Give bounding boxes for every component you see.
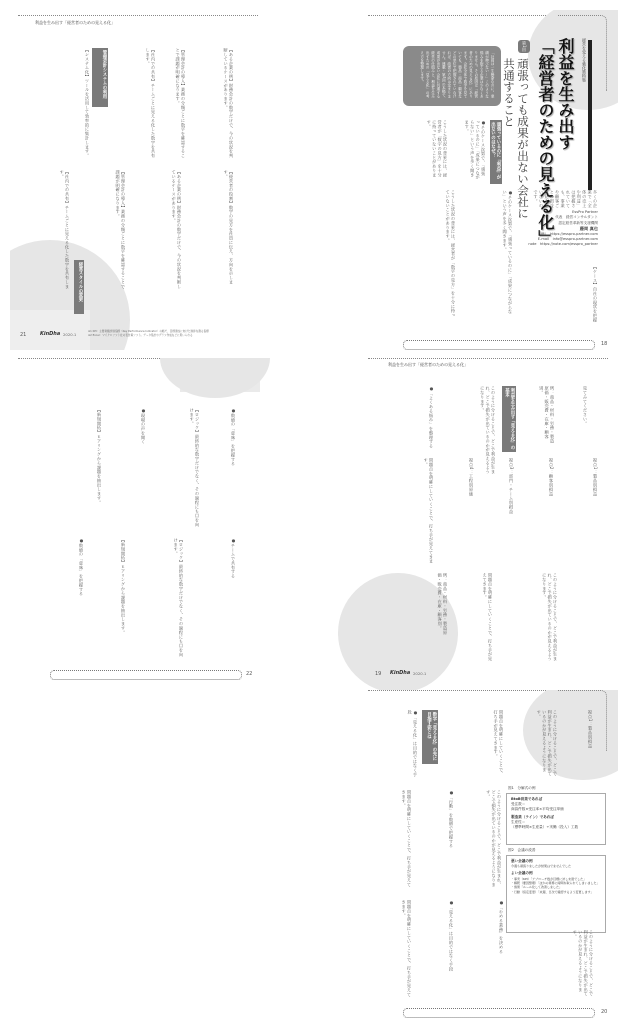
body-column: 問題点を明確にしていくことで、打ち手が見えてきます。 bbox=[458, 710, 504, 780]
body-column: 見てみてください。 bbox=[558, 386, 588, 446]
body-column: 【ある企業の例】財務会計の数字だけで、今の状況を判断しているケースがあります。 bbox=[190, 48, 234, 158]
section-heading: 管理会計システムの利用 bbox=[92, 48, 108, 107]
body-column: 多くの企業で「全体の売上や利益」は把握されていても、事業や顧客ごとの損益は見えて… bbox=[518, 190, 598, 208]
bad-meeting-text: 今週も頑張りましたが結果はでませんでした bbox=[511, 864, 601, 869]
page-number: 21 bbox=[20, 332, 26, 338]
page-number: 18 bbox=[601, 341, 607, 347]
body-column: ●「見える化」は目的ではなく手段 bbox=[396, 710, 418, 780]
body-column: 視点4：工程別原価 bbox=[438, 458, 474, 568]
top-rule bbox=[368, 358, 608, 359]
running-head: 利益を生み出す「経営者のための見える化」 bbox=[35, 20, 115, 26]
body-column: 【ロジック】最終的な数字だけでなく、その過程にも目を向けます。 bbox=[150, 408, 200, 528]
footnote: ※2 Excel：マイクロソフト社の表計算ソフト。データ集計やグラフ作成などに用… bbox=[88, 334, 193, 337]
good-meeting-item: ・行動（設定変更）「来週、日次で確認するよう変更します」 bbox=[511, 890, 601, 894]
body-column: 【管理会計の導入】業務の分類ごとに数字を確認することで課題が明確になります。 bbox=[90, 170, 126, 290]
body-column: 問題点を明確にしていくことで、打ち手が見えてきます。 bbox=[453, 573, 493, 663]
footnote: ※1 KPI：主要業績評価指標（Key Performance Indicato… bbox=[88, 330, 209, 333]
body-column: 視点1：製品別損益 bbox=[563, 710, 593, 760]
body-column: 【ロジック】最終的な数字だけでなく、その過程にも目を向けます。 bbox=[130, 538, 184, 658]
body-column: 【社内での共有】チームごとに見える化した数字を共有します。 bbox=[46, 170, 70, 290]
body-column: ●「見える化」は目的ではなく手段 bbox=[414, 900, 454, 1000]
chapter-badge: 第1回 bbox=[518, 40, 530, 53]
body-column: 問題点を明確にしていくことで、打ち手が見えてきます。 bbox=[398, 458, 434, 568]
body-column: こうした状況の背景には、経営者が「数字の見方」を十分に持っていないことがあります… bbox=[408, 120, 448, 180]
body-column: ●チームで共有する bbox=[190, 538, 236, 658]
body-column: 視点3：部門・チーム別損益 bbox=[478, 458, 514, 568]
body-column: このように分けることで、どこで利益が生まれ、どこで損失が出ているのかが見えるよう… bbox=[458, 790, 502, 890]
body-column: ●数値の「意味」を把握する bbox=[48, 538, 84, 658]
body-column: 視点1：製品別損益 bbox=[558, 458, 598, 568]
body-column: ●現場の声を聞く bbox=[106, 408, 146, 528]
body-column: 例：商品・材料・労務・製造原価・販売費・在庫・顧客別。 bbox=[408, 573, 448, 643]
top-rule bbox=[18, 15, 258, 16]
page-18: 経営を変える強化策特集 利益を生み出す 「経営者のための見える化」 第1回 頑張… bbox=[318, 10, 618, 350]
footer-band bbox=[10, 310, 90, 350]
body-column: ●そのケース次第で、「頑張っているのに」「成果につながらない」という声を多く聞き… bbox=[450, 120, 486, 180]
body-column: 視点2：顧客別損益 bbox=[518, 458, 554, 568]
magazine-logo: KinDha bbox=[40, 331, 60, 337]
section-heading: 頑張っているのに「利益」が出ないのはなぜ？ bbox=[490, 120, 502, 184]
article-title-line1: 利益を生み出す bbox=[556, 38, 574, 150]
section-heading: 利益を生み出す「見える化」の基本 bbox=[502, 386, 516, 452]
title-bar bbox=[588, 40, 592, 190]
footer-rule bbox=[50, 670, 242, 680]
running-head: 利益を生み出す「経営者のための見える化」 bbox=[388, 362, 468, 368]
decorative-blob bbox=[160, 358, 270, 398]
body-column: ●「行動」を数値で把握する bbox=[414, 790, 454, 890]
body-column: 【ケース】自社の現状を把握 bbox=[518, 265, 598, 325]
figure-1: BtoB営業であれば 受注数＝ 商談件数×受注率×平均受注単価 製造業（ライン）… bbox=[506, 793, 606, 845]
page-19: 利益を生み出す「経営者のための見える化」 見てみてください。 例：商品・材料・労… bbox=[318, 358, 618, 698]
footer-rule bbox=[403, 340, 595, 350]
page-20: 視点1：製品別損益 このように分けることで、どこで利益が生まれ、どこで損失が出て… bbox=[318, 690, 618, 1024]
body-column: 【経営者の役割】数字の見方を社員に伝え、方向を示します。 bbox=[190, 170, 234, 290]
kicker: 経営を変える強化策特集 bbox=[581, 38, 587, 98]
magazine-issue: 2020.1 bbox=[63, 332, 76, 337]
page-number: 22 bbox=[246, 671, 252, 677]
body-column: 問題点を明確にしていくことで、打ち手が見えてきます。 bbox=[394, 790, 412, 890]
body-column: ●「やめる業務」を決める bbox=[458, 900, 504, 1000]
page-21: 利益を生み出す「経営者のための見える化」 【ある企業の例】財務会計の数字だけで、… bbox=[10, 10, 310, 350]
article-subtitle-line2: 共通すること bbox=[502, 58, 516, 127]
body-column: 【新規開拓】ヒアリングから課題を抽出します。 bbox=[48, 408, 102, 528]
lead-summary: 「社員は一生懸命なのに、業績が伸びない…」このような悩みを抱える企業は少なくあり… bbox=[403, 46, 501, 106]
body-column: 【システム化】ツールを活用して効率的に集計します。 bbox=[46, 48, 90, 158]
section-heading: 数字「見える化」の先に目指す姿とは bbox=[422, 710, 438, 764]
body-column: 【ある企業の例】財務会計の数字だけで、今の状況を判断しているケースがあります。 bbox=[130, 170, 182, 290]
figure-row-line: 商談件数×受注率×平均受注単価 bbox=[511, 807, 601, 812]
section-heading: 経営スタイルの変更 bbox=[74, 260, 84, 314]
body-column: ●数値の「意味」を把握する bbox=[206, 408, 236, 468]
figure-2-caption: 図2 会議の改善 bbox=[508, 848, 535, 853]
body-column: このように分けることで、どこで利益が生まれ、どこで損失が出ているのかが見えるよう… bbox=[498, 573, 558, 663]
magazine-logo: KinDha bbox=[390, 670, 410, 676]
body-column: ●そのケース次第で、「頑張っているのに」「成果につながらない」という声を多く聞き… bbox=[458, 190, 513, 320]
body-column: 例：商品・材料・労務・製造原価・販売費・在庫・顧客別。 bbox=[523, 386, 555, 446]
figure-1-caption: 図1 分解式の例 bbox=[508, 786, 535, 791]
body-column: このように分けることで、どこで利益が生まれ、どこで損失が出ているのかが見えるよう… bbox=[508, 930, 594, 1000]
body-column: 【新規開拓】ヒアリングから課題を抽出します。 bbox=[88, 538, 126, 658]
figure-2: 悪い会議の例 今週も頑張りましたが結果はでませんでした よい会議の例 ・事実（K… bbox=[506, 855, 606, 933]
magazine-issue: 2020.1 bbox=[413, 671, 426, 676]
page-number: 20 bbox=[601, 1009, 607, 1015]
figure-row-line: （標準時間×生産量）÷実働（投入）工数 bbox=[511, 825, 601, 830]
body-column: こうした状況の背景には、経営者が「数字の見方」を十分に持っていないことがあります… bbox=[406, 190, 456, 320]
body-column: 【社内での共有】チームごとに見える化した数字を共有します。 bbox=[128, 48, 156, 158]
footer-rule bbox=[403, 1008, 595, 1018]
body-column: 【管理会計の導入】業務の分類ごとに数字を確認することで課題が明確になります。 bbox=[160, 48, 186, 158]
page-22: ●数値の「意味」を把握する 【ロジック】最終的な数字だけでなく、その過程にも目を… bbox=[10, 358, 310, 698]
body-column: このように分けることで、どこで利益が生まれ、どこで損失が出ているのかが見えるよう… bbox=[508, 710, 558, 780]
body-column: 問題点を明確にしていくことで、打ち手が見えてきます。 bbox=[394, 900, 412, 1000]
page-number: 19 bbox=[375, 671, 381, 677]
